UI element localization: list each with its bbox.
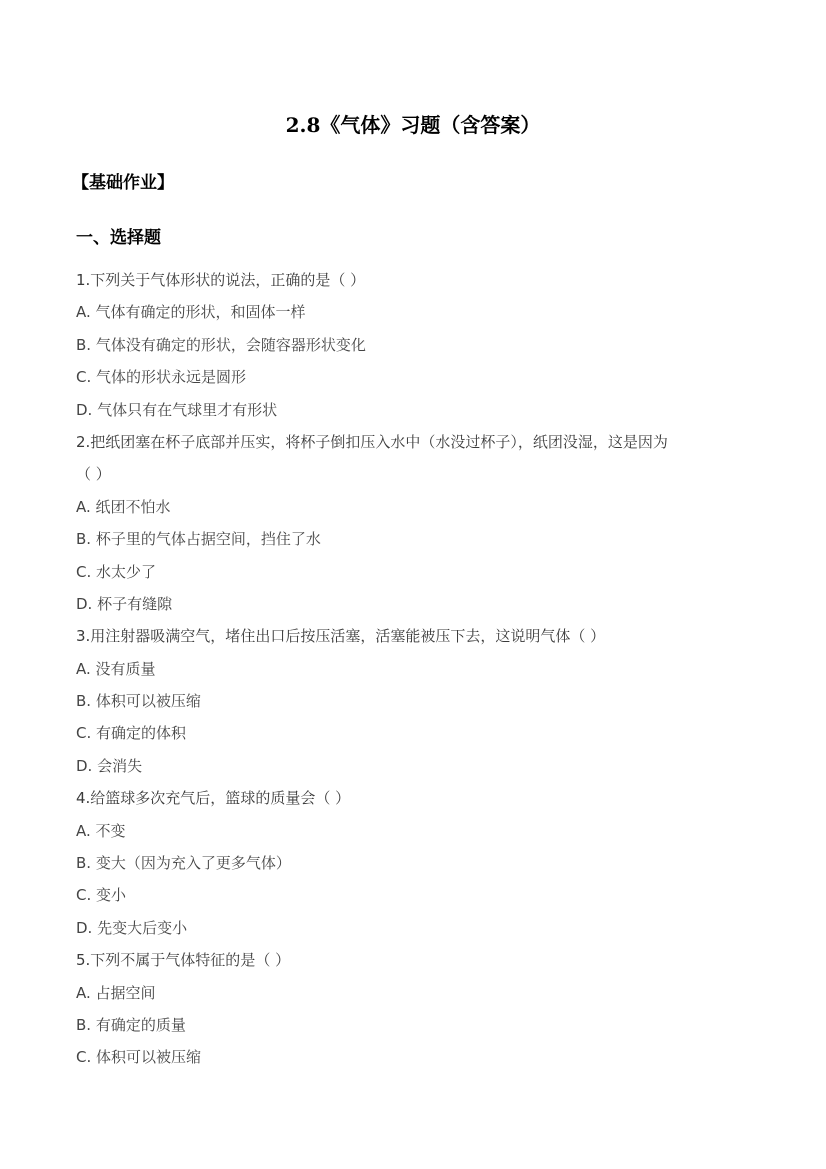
option: C. 变小: [76, 881, 756, 913]
option: D. 先变大后变小: [76, 914, 756, 946]
option: C. 气体的形状永远是圆形: [76, 363, 756, 395]
document-page: 2.8《气体》习题（含答案） 【基础作业】 一、选择题 1.下列关于气体形状的说…: [0, 0, 826, 1169]
option: B. 有确定的质量: [76, 1011, 756, 1043]
question-stem-continuation: （ ）: [76, 460, 756, 492]
option: B. 变大（因为充入了更多气体）: [76, 849, 756, 881]
question-list: 1.下列关于气体形状的说法，正确的是（ ） A. 气体有确定的形状，和固体一样 …: [76, 266, 756, 1076]
option: B. 体积可以被压缩: [76, 687, 756, 719]
option: C. 有确定的体积: [76, 719, 756, 751]
option: A. 占据空间: [76, 979, 756, 1011]
question-stem: 2.把纸团塞在杯子底部并压实，将杯子倒扣压入水中（水没过杯子），纸团没湿，这是因…: [76, 428, 756, 460]
option: B. 杯子里的气体占据空间，挡住了水: [76, 525, 756, 557]
option: D. 气体只有在气球里才有形状: [76, 396, 756, 428]
option: C. 水太少了: [76, 558, 756, 590]
question-stem: 5.下列不属于气体特征的是（ ）: [76, 946, 756, 978]
option: A. 没有质量: [76, 655, 756, 687]
question-stem: 3.用注射器吸满空气，堵住出口后按压活塞，活塞能被压下去，这说明气体（ ）: [76, 622, 756, 654]
section-heading-choice: 一、选择题: [76, 226, 161, 250]
question-stem: 4.给篮球多次充气后，篮球的质量会（ ）: [76, 784, 756, 816]
section-heading-basic: 【基础作业】: [72, 171, 174, 195]
question-stem: 1.下列关于气体形状的说法，正确的是（ ）: [76, 266, 756, 298]
option: B. 气体没有确定的形状，会随容器形状变化: [76, 331, 756, 363]
option: A. 纸团不怕水: [76, 493, 756, 525]
option: D. 会消失: [76, 752, 756, 784]
option: D. 杯子有缝隙: [76, 590, 756, 622]
option: A. 不变: [76, 817, 756, 849]
option: C. 体积可以被压缩: [76, 1043, 756, 1075]
page-title: 2.8《气体》习题（含答案）: [0, 110, 826, 140]
option: A. 气体有确定的形状，和固体一样: [76, 298, 756, 330]
